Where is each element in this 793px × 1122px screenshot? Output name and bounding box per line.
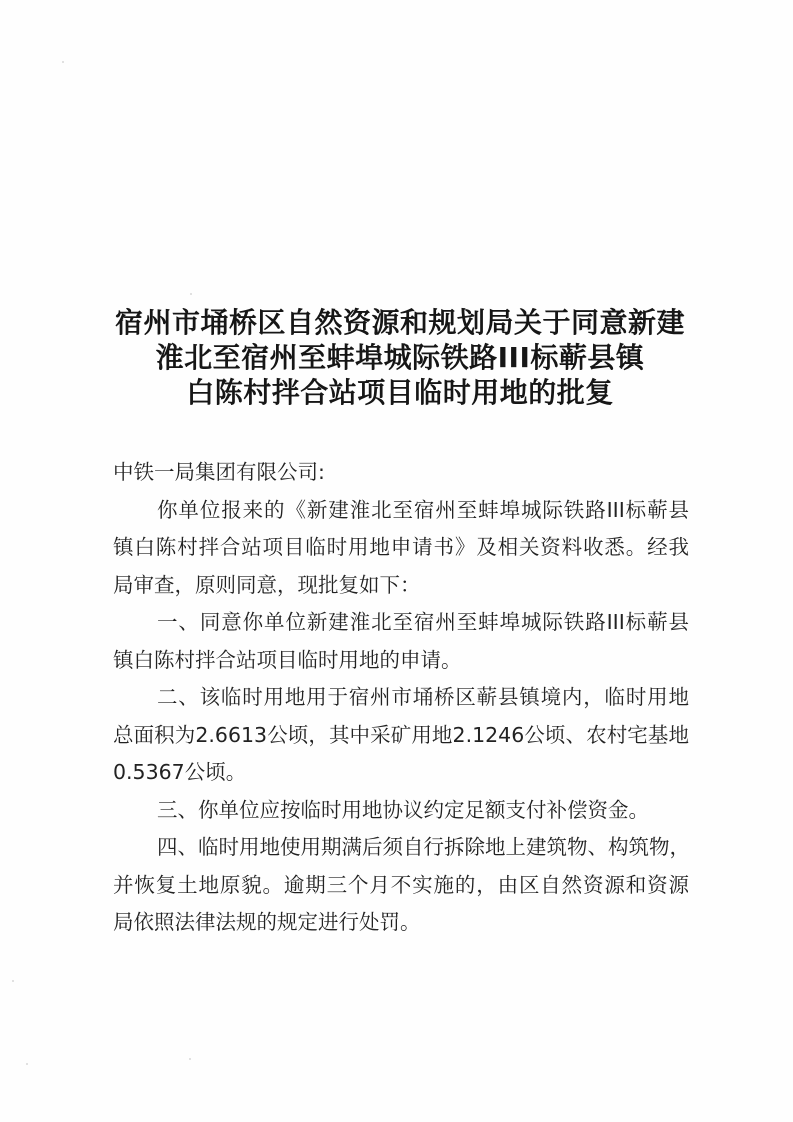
document-title: 宿州市埇桥区自然资源和规划局关于同意新建 淮北至宿州至蚌埠城际铁路III标蕲县镇… [100, 305, 700, 410]
paragraph-intro: 你单位报来的《新建淮北至宿州至蚌埠城际铁路III标蕲县 镇白陈村拌合站项目临时用… [113, 492, 689, 605]
paragraph-line: 镇白陈村拌合站项目临时用地申请书》及相关资料收悉。经我 [113, 529, 689, 567]
paragraph-item-1: 一、同意你单位新建淮北至宿州至蚌埠城际铁路III标蕲县 镇白陈村拌合站项目临时用… [113, 604, 689, 679]
paragraph-line: 总面积为2.6613公顷，其中采矿用地2.1246公顷、农村宅基地 [113, 717, 689, 755]
paragraph-line: 局依照法律法规的规定进行处罚。 [113, 904, 689, 942]
paragraph-line: 三、你单位应按临时用地协议约定足额支付补偿资金。 [113, 792, 689, 830]
scan-speck [26, 1063, 28, 1065]
paragraph-item-2: 二、该临时用地用于宿州市埇桥区蕲县镇境内，临时用地 总面积为2.6613公顷，其… [113, 679, 689, 792]
paragraph-line: 二、该临时用地用于宿州市埇桥区蕲县镇境内，临时用地 [113, 679, 689, 717]
paragraph-item-4: 四、临时用地使用期满后须自行拆除地上建筑物、构筑物， 并恢复土地原貌。逾期三个月… [113, 829, 689, 942]
paragraph-line: 局审查，原则同意，现批复如下： [113, 567, 689, 605]
title-line-1: 宿州市埇桥区自然资源和规划局关于同意新建 [100, 305, 700, 340]
paragraph-line: 一、同意你单位新建淮北至宿州至蚌埠城际铁路III标蕲县 [113, 604, 689, 642]
scan-speck [190, 293, 192, 295]
scan-speck [189, 1058, 191, 1060]
title-line-2: 淮北至宿州至蚌埠城际铁路III标蕲县镇 [100, 340, 700, 375]
title-line-3: 白陈村拌合站项目临时用地的批复 [100, 375, 700, 410]
paragraph-line: 镇白陈村拌合站项目临时用地的申请。 [113, 642, 689, 680]
paragraph-line: 你单位报来的《新建淮北至宿州至蚌埠城际铁路III标蕲县 [113, 492, 689, 530]
document-page: 宿州市埇桥区自然资源和规划局关于同意新建 淮北至宿州至蚌埠城际铁路III标蕲县镇… [0, 0, 793, 1122]
paragraph-line: 0.5367公顷。 [113, 754, 689, 792]
salutation: 中铁一局集团有限公司: [113, 454, 689, 492]
scan-speck [62, 61, 64, 63]
scan-speck [12, 980, 14, 982]
document-body: 中铁一局集团有限公司: 你单位报来的《新建淮北至宿州至蚌埠城际铁路III标蕲县 … [113, 454, 689, 942]
paragraph-line: 四、临时用地使用期满后须自行拆除地上建筑物、构筑物， [113, 829, 689, 867]
paragraph-item-3: 三、你单位应按临时用地协议约定足额支付补偿资金。 [113, 792, 689, 830]
paragraph-line: 并恢复土地原貌。逾期三个月不实施的，由区自然资源和资源 [113, 867, 689, 905]
